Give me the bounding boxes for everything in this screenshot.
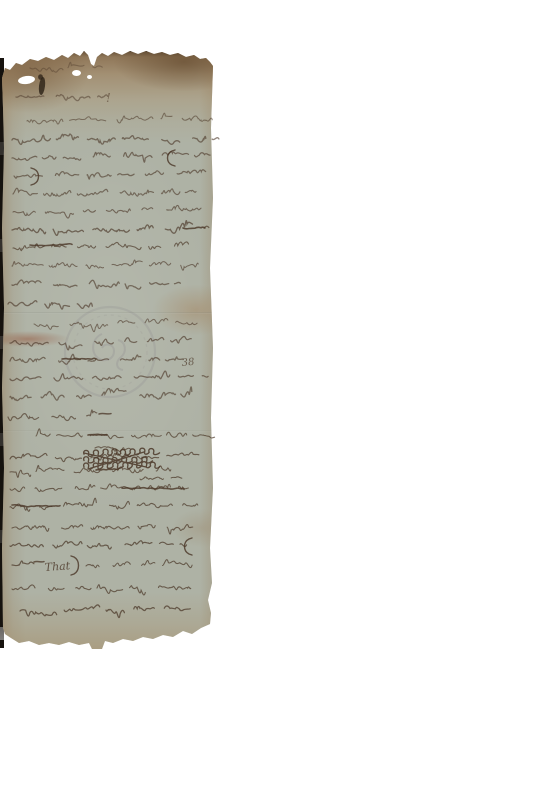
paper-hole — [87, 75, 92, 79]
torn-top-edge-shadow — [2, 48, 214, 60]
fold-crease — [2, 430, 214, 432]
stamp-monogram — [93, 334, 125, 370]
scan-page: !38That — [0, 0, 549, 800]
circular-stamp-watermark — [62, 304, 158, 400]
manuscript-paper — [2, 48, 214, 650]
paper-hole — [18, 75, 36, 85]
paper-hole — [72, 70, 81, 76]
